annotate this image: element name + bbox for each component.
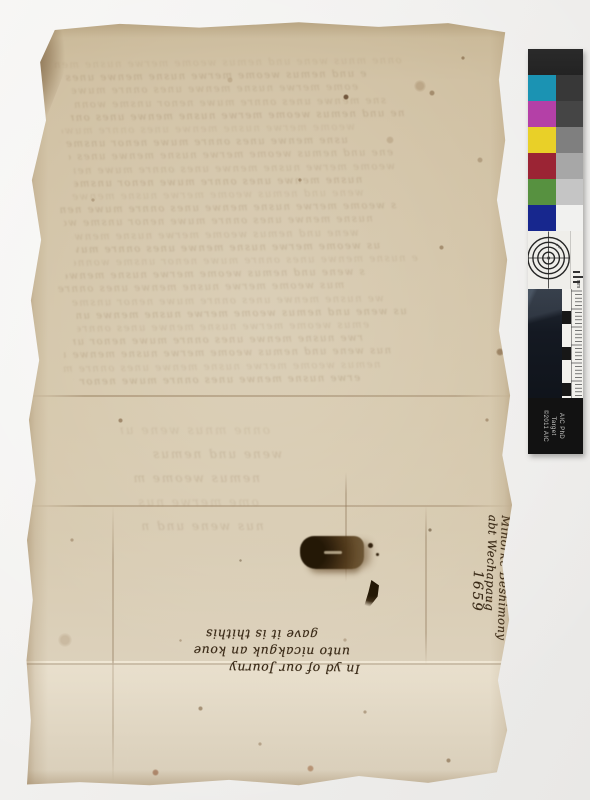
ghost-line: nus wene und nemus weome xyxy=(143,514,264,538)
ghost-line: wene und nemus weome me xyxy=(145,442,282,466)
ghost-line: onne mnus wene und nemus xyxy=(120,418,270,442)
target-footer: AIC PhD Target ©2011 AIC xyxy=(528,398,583,454)
docket-text-vertical: Georg Denison Gershom Minorke Beshimony … xyxy=(463,514,525,686)
ink-blot-gap xyxy=(324,551,342,554)
ink-speck xyxy=(376,553,379,556)
manuscript-sheet: onne mnus wene und nemus weome merwe nus… xyxy=(26,20,514,786)
foxing-spot xyxy=(496,348,504,356)
bottom-flap xyxy=(26,663,514,786)
ruler-icon xyxy=(562,289,583,398)
gray-step-patch xyxy=(556,75,583,101)
ghost-line: nemus weome merwe nusne xyxy=(133,466,260,490)
ruler-section: mm xyxy=(528,289,583,398)
color-patch-row xyxy=(528,153,583,179)
ghost-line: e und nemus weome merwe nusne menwe unes… xyxy=(64,68,365,85)
yellow-patch xyxy=(528,127,556,153)
address-note-inverted: In yd of our Journy unto nicakguk an kou… xyxy=(160,620,360,678)
docket-line: Georg Denison Gershom xyxy=(506,516,525,686)
ghost-line: ne und nemus weome merwe nusne menwe une… xyxy=(70,107,404,125)
focus-target-icon: 5 10 xyxy=(528,231,570,289)
ghost-line: sne menwe unes onnre muwe nenor unsme wo… xyxy=(74,94,386,112)
blue-patch xyxy=(528,205,556,231)
ghost-line: ene und nemus weome merwe nusne menwe un… xyxy=(69,147,393,165)
ruler-unit-label: mm xyxy=(575,280,581,288)
ghost-line: us weome merwe nusne menwe unes onnre mu… xyxy=(76,239,380,256)
ghost-line: us wene und nemus weome merwe nusne menw… xyxy=(76,305,407,323)
gray-step-patch xyxy=(556,153,583,179)
foxing-spot xyxy=(439,245,444,250)
target-title-line: AIC PhD Target xyxy=(549,403,565,449)
calibration-target: 5 10 mm AIC PhD Target ©2011 AIC xyxy=(528,49,583,454)
curled-corner xyxy=(26,22,84,140)
fold-crease xyxy=(26,395,514,397)
color-patch-row xyxy=(528,205,583,231)
color-patch-row xyxy=(528,75,583,101)
note-line: gave it is thithis xyxy=(160,625,360,644)
gray-step-patch xyxy=(556,205,583,231)
ink-bleedthrough-docket: onne mnus wene und nemus wene und nemus … xyxy=(90,418,310,568)
ghost-line: nusne menwe unes onnre muwe nenor unsme … xyxy=(74,174,362,191)
photo-backdrop: onne mnus wene und nemus weome merwe nus… xyxy=(0,0,590,800)
magenta-patch xyxy=(528,101,556,127)
ghost-line: s weome merwe nusne menwe unes onnre muw… xyxy=(58,200,396,218)
ghost-line: usne menwe unes onnre muwe nenor unsme w… xyxy=(59,134,348,151)
green-patch xyxy=(528,179,556,205)
ghost-line: wene und nemus weome merwe nusne menwe u… xyxy=(68,187,363,204)
gloss-strip xyxy=(528,289,562,398)
target-copyright: ©2011 AIC xyxy=(541,403,549,449)
foxing-spot xyxy=(429,90,435,96)
gray-step-patch xyxy=(556,101,583,127)
ghost-line: eome merwe nusne menwe unes onnre muwe n… xyxy=(72,81,358,98)
note-line: In yd of our Journy xyxy=(160,659,360,678)
foxing-spot xyxy=(91,198,95,202)
target-title: AIC PhD Target ©2011 AIC xyxy=(547,403,565,449)
note-line: unto nicakguk an koue xyxy=(160,642,360,661)
ghost-line: erwe nusne menwe unes onnre muwe nenor u… xyxy=(73,372,360,389)
foxing-spot xyxy=(70,538,74,542)
ink-speck xyxy=(368,543,373,548)
fold-crease xyxy=(26,505,514,507)
ghost-line: weome merwe nusne menwe unes onnre muwe … xyxy=(74,160,395,178)
ink-bleedthrough-upper: onne mnus wene und nemus weome merwe nus… xyxy=(48,53,499,401)
gray-step-patch xyxy=(556,179,583,205)
foxing-spot xyxy=(239,559,242,562)
foxing-spot xyxy=(298,178,302,182)
color-patch-column xyxy=(528,75,583,231)
ghost-line: nus wene und nemus weome merwe nusne men… xyxy=(63,345,391,363)
ruler: mm xyxy=(562,289,583,398)
gray-step-patch xyxy=(556,127,583,153)
ghost-line: ome merwe nusne menwe un xyxy=(138,490,259,514)
ink-drop xyxy=(362,580,379,610)
ghost-line: emus weome merwe nusne menwe unes onnre … xyxy=(77,319,369,336)
foxing-spot xyxy=(428,528,432,532)
crimson-patch xyxy=(528,153,556,179)
foxing-spot xyxy=(386,136,394,144)
ghost-line: onne mnus wene und nemus weome merwe nus… xyxy=(54,54,402,72)
foxing-spot xyxy=(477,157,483,163)
foxing-spot xyxy=(58,633,72,647)
color-patch-row xyxy=(528,101,583,127)
foxing-spot xyxy=(485,418,489,422)
ghost-line: s wene und nemus weome merwe nusne menwe… xyxy=(66,266,365,283)
foxing-spot xyxy=(414,80,426,92)
color-patch-row xyxy=(528,127,583,153)
foxing-spot xyxy=(227,77,233,83)
ghost-line: wene und nemus weome merwe nusne menwe u… xyxy=(73,226,359,243)
ghost-line: e nusne menwe unes onnre muwe nenor unsm… xyxy=(74,252,418,270)
cyan-patch xyxy=(528,75,556,101)
ghost-line: nusne menwe unes onnre muwe nenor unsme … xyxy=(64,213,373,231)
target-black-band xyxy=(528,49,583,75)
fold-crease-vertical xyxy=(425,505,427,665)
ghost-line: weome merwe nusne menwe unes onnre muwe … xyxy=(61,121,354,138)
ghost-line: nemus weome merwe nusne menwe unes onnre… xyxy=(63,358,381,376)
foxing-spot xyxy=(343,94,349,100)
ink-blot xyxy=(300,536,364,569)
ghost-line: rwe nusne menwe unes onnre muwe nenor un… xyxy=(72,332,362,349)
ghost-line: we nusne menwe unes onnre muwe nenor uns… xyxy=(69,292,384,310)
color-patch-row xyxy=(528,179,583,205)
ghost-line: mus weome merwe nusne menwe unes onnre m… xyxy=(58,279,344,296)
foxing-spot xyxy=(118,418,123,423)
foxing-spot xyxy=(461,56,465,60)
